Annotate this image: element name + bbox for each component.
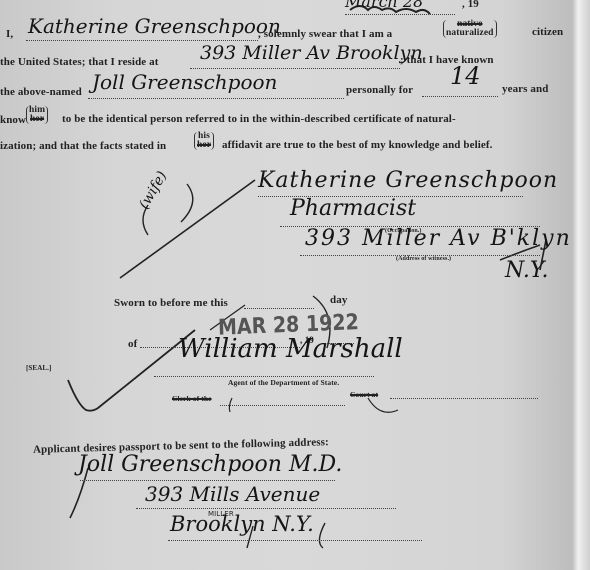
- mailing-street: 393 Mills Avenue: [145, 482, 320, 506]
- passport-affidavit-page: March 28 , 19 I, Katherine Greenschpoon …: [0, 0, 590, 570]
- official-signature-line: [154, 376, 374, 377]
- oath-line4-suffix: to be the identical person referred to i…: [62, 113, 456, 125]
- affiant-name: Katherine Greenschpoon: [28, 14, 281, 38]
- oath-line1-prefix: I,: [6, 28, 13, 40]
- clerk-line: [220, 405, 345, 406]
- mailing-city-line: [168, 540, 422, 541]
- witness-occupation: Pharmacist: [290, 196, 416, 221]
- witness-address-line2: N.Y.: [505, 258, 549, 283]
- clerk-struck: Clerk of the: [172, 394, 212, 403]
- agent-title: Agent of the Department of State.: [228, 378, 339, 387]
- oath-line2-prefix: the United States; that I reside at: [0, 56, 159, 68]
- pronoun-options: him her: [26, 106, 48, 124]
- years-known-line: [422, 96, 498, 97]
- residence-address: 393 Miller Av Brooklyn: [200, 42, 423, 64]
- mailing-city: Brooklyn N.Y.: [170, 512, 314, 536]
- oath-line5-suffix: affidavit are true to the best of my kno…: [222, 139, 493, 151]
- possessive-her-struck: her: [197, 140, 211, 150]
- oath-line1-end: citizen: [532, 26, 563, 38]
- oath-line1-suffix: , solemnly swear that I am a: [258, 28, 392, 40]
- years-known: 14: [450, 62, 481, 90]
- seal-label: [SEAL.]: [26, 364, 51, 372]
- affiant-name-line: [26, 40, 258, 41]
- residence-line: [190, 68, 400, 69]
- oath-line5-prefix: ization; and that the facts stated in: [0, 140, 166, 152]
- court-struck: Court at: [350, 390, 378, 399]
- mailing-name: Joll Greenschpoon M.D.: [78, 452, 342, 477]
- court-line: [390, 398, 538, 399]
- possessive-options: his her: [194, 132, 214, 150]
- oath-line3-mid: personally for: [346, 84, 413, 96]
- pronoun-her-struck: her: [30, 114, 44, 124]
- official-signature: William Marshall: [178, 334, 403, 364]
- mailing-street-line: [136, 508, 396, 509]
- oath-line4-prefix: know: [0, 114, 26, 126]
- oath-line3-prefix: the above-named: [0, 86, 82, 98]
- witness-signature: Katherine Greenschpoon: [258, 168, 558, 193]
- citizen-options: native naturalized: [443, 20, 497, 38]
- witness-address: 393 Miller Av B'klyn: [305, 226, 572, 251]
- top-date-line: [345, 14, 455, 15]
- applicant-name-line: [88, 98, 344, 99]
- top-date-suffix: , 19: [462, 0, 479, 10]
- applicant-name: Joll Greenschpoon: [92, 70, 277, 94]
- jurat-day-line: [244, 308, 314, 309]
- top-date-handwritten: March 28: [345, 0, 423, 11]
- jurat-of-label: of: [128, 338, 137, 350]
- oath-line3-suffix: years and: [502, 83, 548, 95]
- jurat-sworn-text: Sworn to before me this: [114, 297, 228, 309]
- witness-address-label: (Address of witness.): [396, 256, 451, 262]
- citizen-option-naturalized: naturalized: [446, 28, 494, 38]
- jurat-day-label: day: [330, 294, 347, 306]
- mailing-name-line: [80, 480, 335, 481]
